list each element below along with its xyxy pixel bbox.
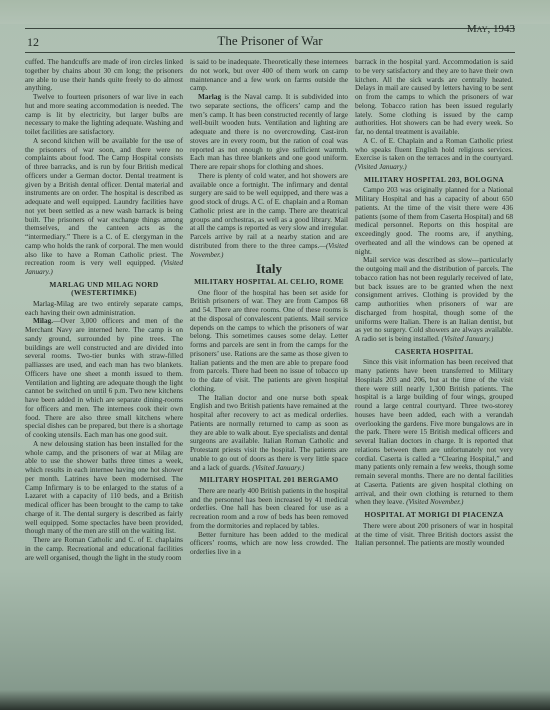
- lead-term: Marlag: [198, 92, 221, 101]
- paragraph: A second kitchen will be available for t…: [25, 137, 183, 277]
- paragraph: A new delousing station has been install…: [25, 440, 183, 536]
- header-bottom-rule: [25, 52, 515, 53]
- paragraph: Marlag-Milag are two entirely separate c…: [25, 300, 183, 318]
- paragraph: Twelve to fourteen prisoners of war live…: [25, 93, 183, 137]
- publication-title: The Prisoner of War: [25, 33, 515, 49]
- paragraph: Marlag is the Naval camp. It is subdivid…: [190, 93, 348, 172]
- lead-term: Milag.: [33, 316, 53, 325]
- paragraph: A C. of E. Chaplain and a Roman Catholic…: [355, 137, 513, 172]
- visit-note: (Visited January.): [252, 463, 304, 472]
- visit-note: (Visited January.): [355, 162, 407, 171]
- page-bottom-shadow: [0, 690, 550, 710]
- section-heading-al-celio: MILITARY HOSPITAL AL CELIO, ROME: [190, 278, 348, 287]
- column-left: cuffed. The handcuffs are made of iron c…: [25, 58, 183, 562]
- paragraph: Better furniture has been added to the m…: [190, 531, 348, 557]
- paragraph: There are nearly 400 British patients in…: [190, 487, 348, 531]
- section-heading-piacenza: HOSPITAL AT MORIGI DI PIACENZA: [355, 511, 513, 520]
- paragraph: Campo 203 was originally planned for a N…: [355, 186, 513, 256]
- section-heading-bergamo: MILITARY HOSPITAL 201 BERGAMO: [190, 476, 348, 485]
- paragraph: cuffed. The handcuffs are made of iron c…: [25, 58, 183, 93]
- paragraph: Milag.—Over 3,000 officers and men of th…: [25, 317, 183, 440]
- issue-date: May, 1943: [467, 23, 515, 35]
- paragraph: is said to be inadequate. Theoretically …: [190, 58, 348, 93]
- country-heading-italy: Italy: [190, 265, 348, 274]
- paragraph: Since this visit information has been re…: [355, 358, 513, 507]
- paragraph: The Italian doctor and one nurse both sp…: [190, 394, 348, 473]
- page-top-edge: [0, 0, 550, 24]
- paragraph: There were about 200 prisoners of war in…: [355, 522, 513, 548]
- visit-note: (Visited November.): [406, 497, 463, 506]
- paragraph: There is plenty of cold water, and hot s…: [190, 172, 348, 260]
- column-right: barrack in the hospital yard. Accommodat…: [355, 58, 513, 548]
- section-heading-bologna: MILITARY HOSPITAL 203, BOLOGNA: [355, 176, 513, 185]
- paragraph: Mail service was described as slow—parti…: [355, 256, 513, 344]
- column-middle: is said to be inadequate. Theoretically …: [190, 58, 348, 557]
- paragraph: One floor of the hospital has been set a…: [190, 289, 348, 394]
- section-heading-marlag-milag: MARLAG UND MILAG NORD (WESTERTIMKE): [25, 281, 183, 298]
- paragraph: barrack in the hospital yard. Accommodat…: [355, 58, 513, 137]
- magazine-page: 12 The Prisoner of War May, 1943 cuffed.…: [0, 0, 550, 710]
- visit-note: (Visited January.): [442, 334, 494, 343]
- section-heading-caserta: CASERTA HOSPITAL: [355, 348, 513, 357]
- paragraph: There are Roman Catholic and C. of E. ch…: [25, 536, 183, 562]
- running-header: 12 The Prisoner of War May, 1943: [25, 28, 515, 48]
